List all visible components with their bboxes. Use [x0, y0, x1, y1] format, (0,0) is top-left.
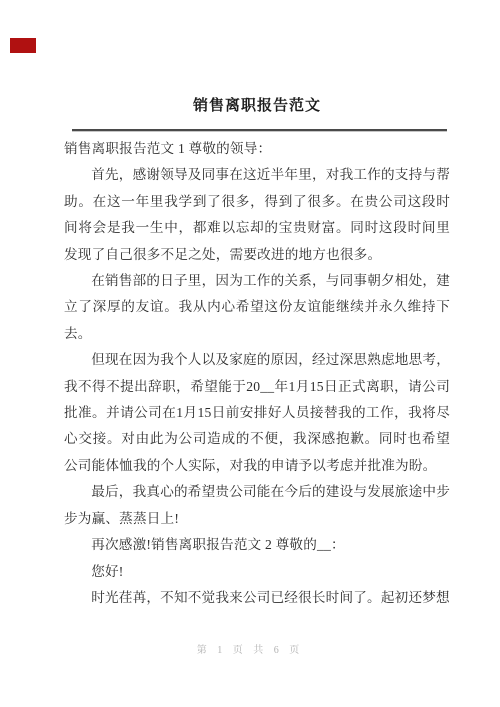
paragraph: 时光荏苒，不知不觉我来公司已经很长时间了。起初还梦想	[64, 585, 450, 611]
paragraph: 在销售部的日子里，因为工作的关系，与同事朝夕相处，建立了深厚的友谊。我从内心希望…	[64, 268, 450, 347]
title-divider	[72, 129, 447, 132]
document-title: 销售离职报告范文	[64, 95, 450, 117]
red-corner-mark	[10, 38, 36, 53]
paragraph: 再次感激!销售离职报告范文 2 尊敬的__：	[64, 532, 450, 558]
document-body: 销售离职报告范文 1 尊敬的领导：首先，感谢领导及同事在这近半年里，对我工作的支…	[64, 136, 450, 611]
paragraph: 您好!	[64, 559, 450, 585]
document-page: 销售离职报告范文 销售离职报告范文 1 尊敬的领导：首先，感谢领导及同事在这近半…	[0, 0, 500, 707]
page-footer: 第 1 页 共 6 页	[0, 641, 500, 656]
paragraph: 最后，我真心的希望贵公司能在今后的建设与发展旅途中步步为赢、蒸蒸日上!	[64, 479, 450, 532]
page-indicator: 第 1 页 共 6 页	[197, 645, 304, 656]
paragraph: 首先，感谢领导及同事在这近半年里，对我工作的支持与帮助。在这一年里我学到了很多，…	[64, 162, 450, 268]
paragraph: 销售离职报告范文 1 尊敬的领导：	[64, 136, 450, 162]
paragraph: 但现在因为我个人以及家庭的原因，经过深思熟虑地思考，我不得不提出辞职，希望能于2…	[64, 347, 450, 479]
